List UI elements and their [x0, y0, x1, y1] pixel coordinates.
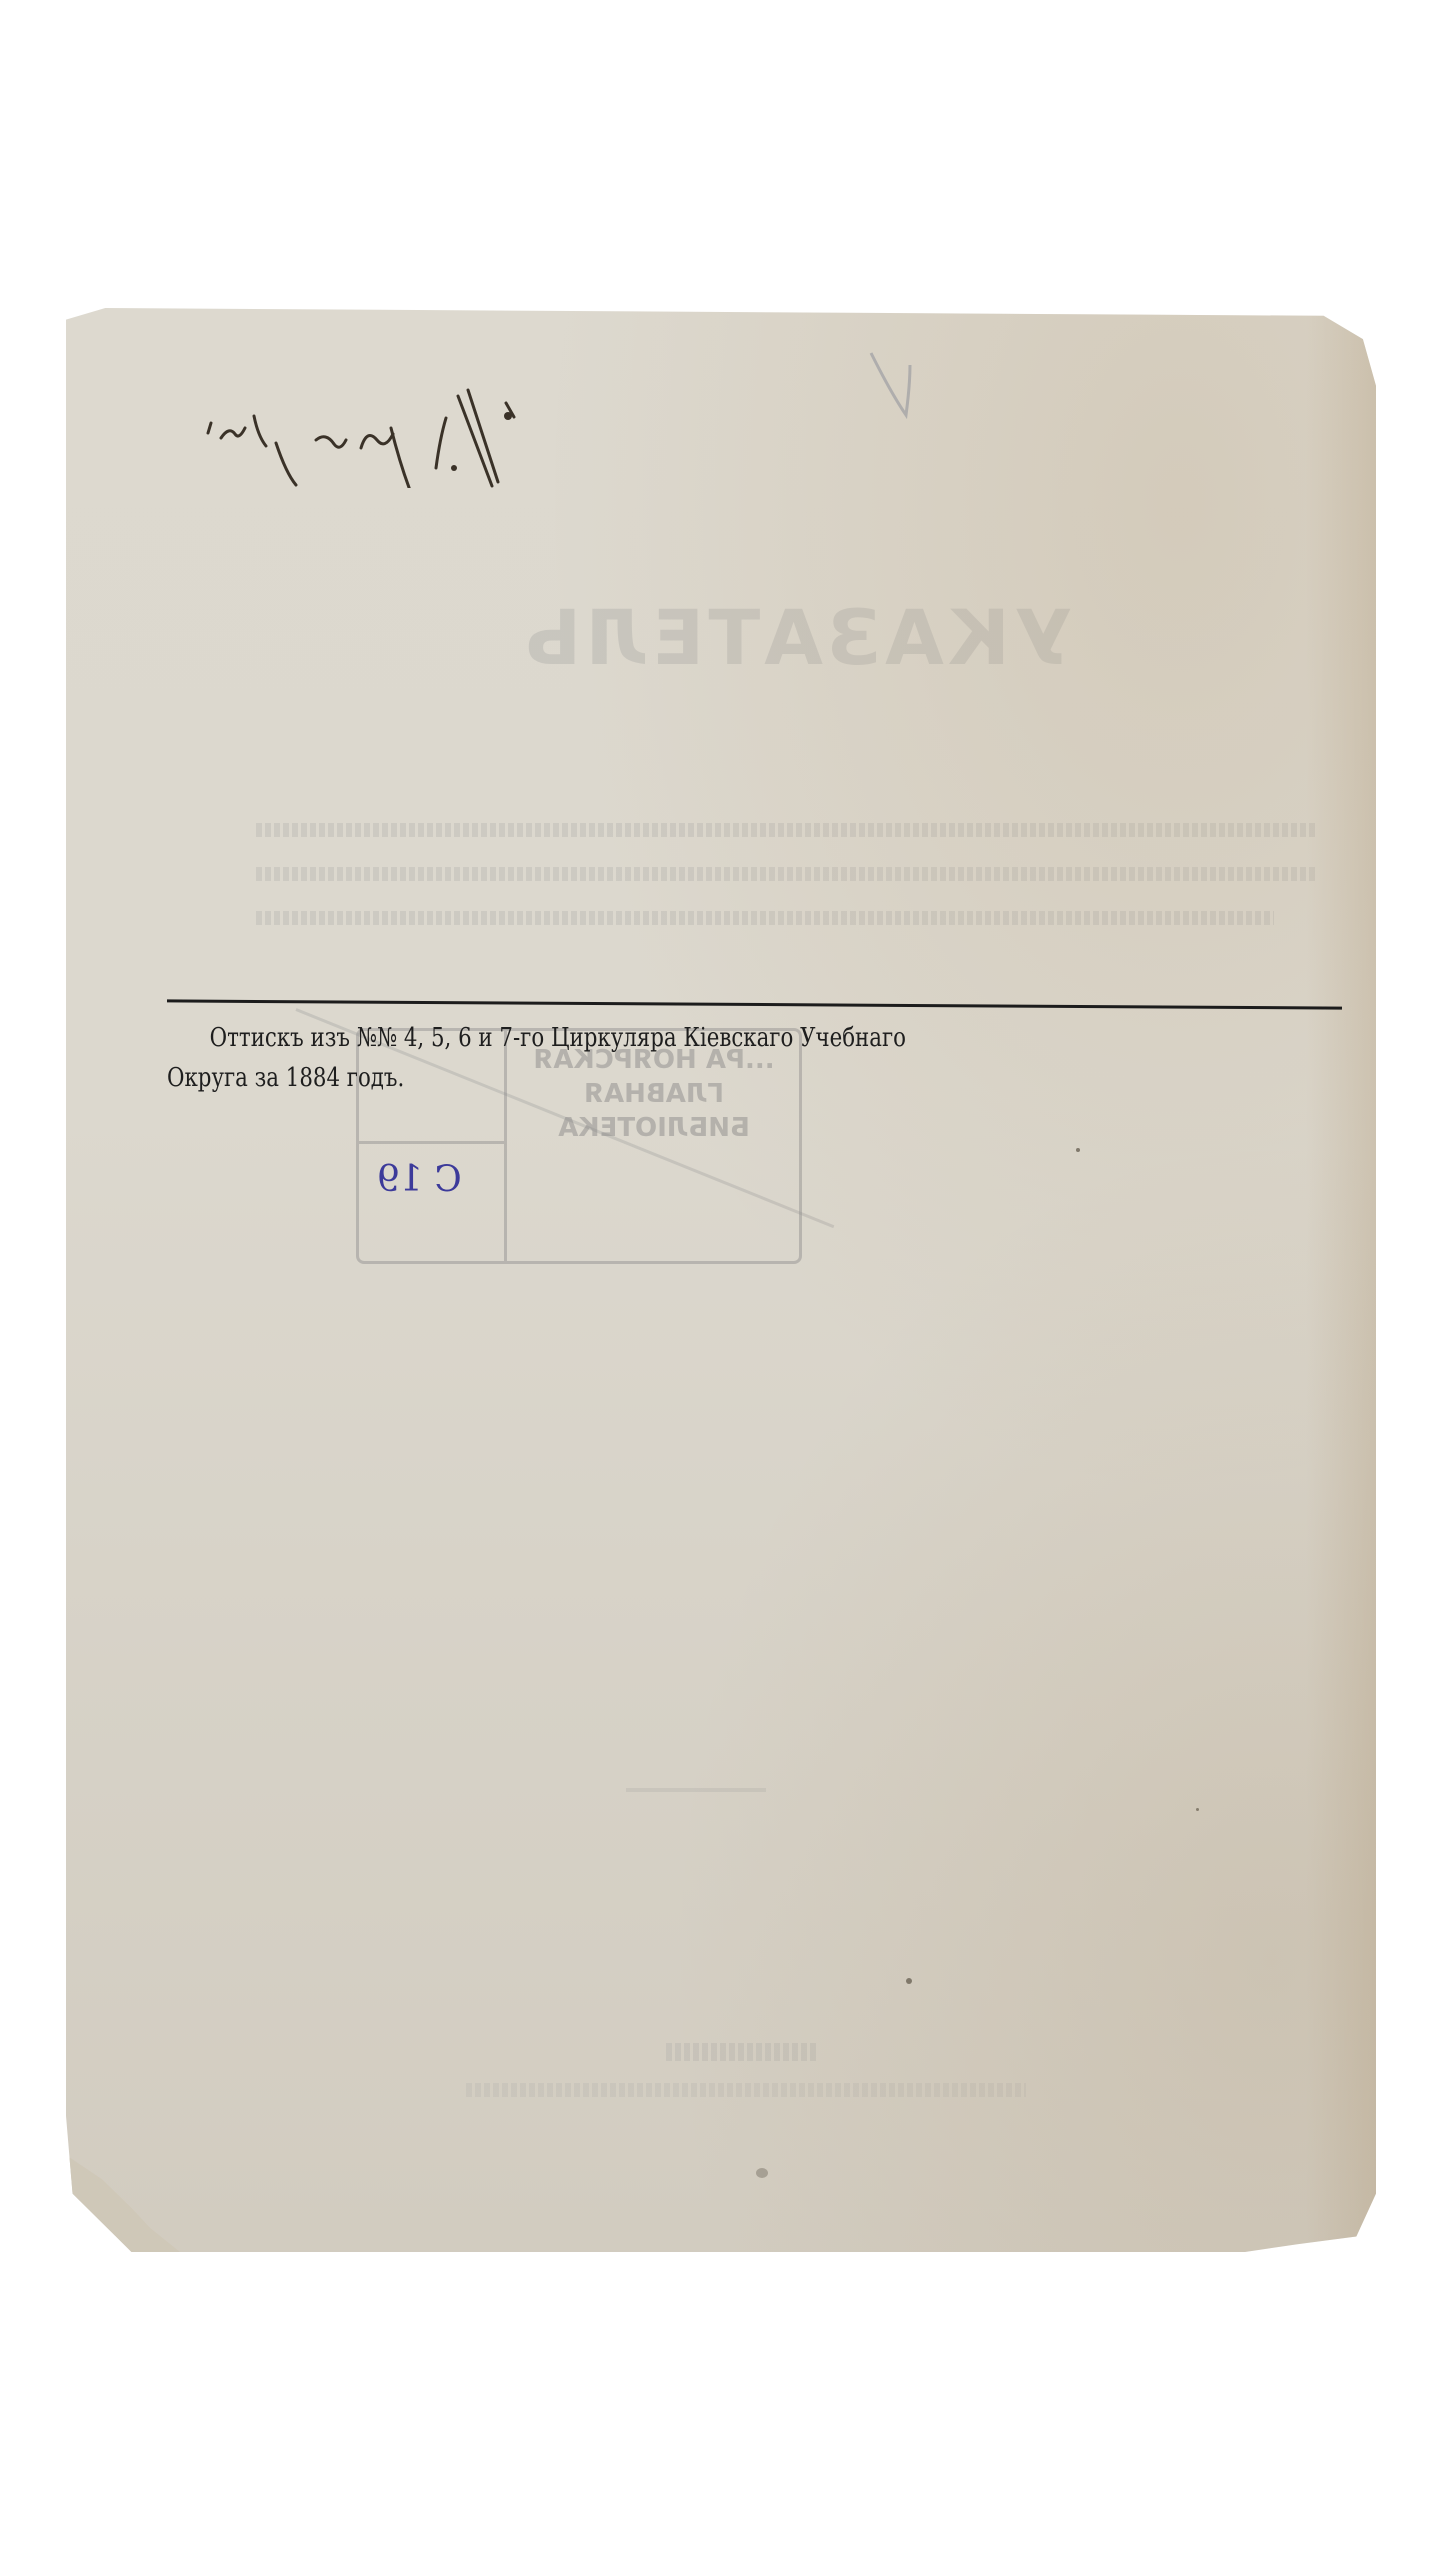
show-through-title: УКАЗАТЕЛЬ [436, 593, 1156, 682]
paper-speck [906, 1978, 912, 1984]
imprint-line-1: Оттискъ изъ №№ 4, 5, 6 и 7-го Циркуляра … [167, 1018, 1278, 1058]
torn-corner [66, 2155, 186, 2252]
document-page: УКАЗАТЕЛЬ ...РА НОЯРСКАЯ ГЛ [66, 308, 1376, 2252]
pencil-checkmark [866, 348, 926, 428]
imprint-line-2: Округа за 1884 годъ. [167, 1058, 1278, 1098]
paper-speck [756, 2168, 768, 2178]
handwritten-inscription [196, 368, 616, 488]
paper-speck [1196, 1808, 1199, 1811]
show-through-line [256, 823, 1316, 837]
show-through-paragraph [256, 823, 1316, 955]
show-through-line [256, 911, 1274, 925]
shelf-number: С 19 [377, 1159, 462, 1200]
imprint-text: Оттискъ изъ №№ 4, 5, 6 и 7-го Циркуляра … [167, 1018, 1278, 1098]
stamp-line: БИБЛІОТЕКА [519, 1111, 789, 1145]
paper-speck [1076, 1148, 1080, 1152]
show-through-rule [626, 1788, 766, 1792]
show-through-city [666, 2043, 816, 2061]
stamp-divider [359, 1141, 504, 1144]
show-through-press [466, 2083, 1026, 2097]
show-through-line [256, 867, 1316, 881]
